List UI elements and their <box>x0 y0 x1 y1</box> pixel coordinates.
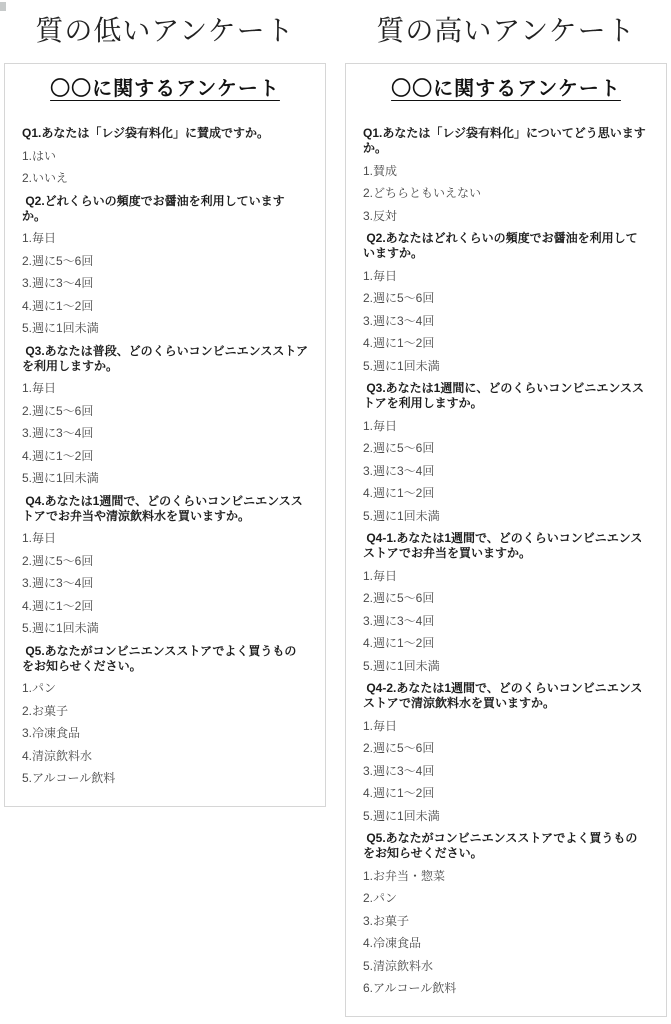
answer-option: 4.冷凍食品 <box>363 936 649 951</box>
survey-title: 〇〇に関するアンケート <box>22 76 308 102</box>
question-list: Q1.あなたは「レジ袋有料化」に賛成ですか。1.はい2.いいえ Q2.どれくらい… <box>22 126 308 786</box>
answer-option: 2.パン <box>363 891 649 906</box>
question-label: Q3.あなたは普段、どのくらいコンビニエンスストアを利用しますか。 <box>22 344 308 374</box>
answer-option: 3.週に3〜4回 <box>22 276 308 291</box>
answer-option: 5.週に1回未満 <box>363 659 649 674</box>
answer-option: 1.毎日 <box>363 269 649 284</box>
answer-option: 3.週に3〜4回 <box>363 614 649 629</box>
survey-comparison: 質の低いアンケート 〇〇に関するアンケート Q1.あなたは「レジ袋有料化」に賛成… <box>0 0 671 1017</box>
question-label: Q3.あなたは1週間に、どのくらいコンビニエンスストアを利用しますか。 <box>363 381 649 411</box>
answer-option: 4.週に1〜2回 <box>22 449 308 464</box>
answer-option: 5.週に1回未満 <box>22 621 308 636</box>
survey-panel-low-quality: 〇〇に関するアンケート Q1.あなたは「レジ袋有料化」に賛成ですか。1.はい2.… <box>4 63 326 807</box>
question-label: Q4.あなたは1週間で、どのくらいコンビニエンスストアでお弁当や清涼飲料水を買い… <box>22 494 308 524</box>
answer-option: 1.パン <box>22 681 308 696</box>
question-label: Q4-1.あなたは1週間で、どのくらいコンビニエンスストアでお弁当を買いますか。 <box>363 531 649 561</box>
answer-option: 3.冷凍食品 <box>22 726 308 741</box>
question-label: Q1.あなたは「レジ袋有料化」に賛成ですか。 <box>22 126 308 141</box>
answer-option: 2.週に5〜6回 <box>22 404 308 419</box>
answer-option: 1.お弁当・惣菜 <box>363 869 649 884</box>
question-list: Q1.あなたは「レジ袋有料化」についてどう思いますか。1.賛成2.どちらともいえ… <box>363 126 649 996</box>
answer-option: 3.週に3〜4回 <box>22 426 308 441</box>
answer-option: 5.アルコール飲料 <box>22 771 308 786</box>
question-label: Q5.あなたがコンビニエンスストアでよく買うものをお知らせください。 <box>363 831 649 861</box>
answer-option: 2.お菓子 <box>22 704 308 719</box>
answer-option: 5.週に1回未満 <box>363 359 649 374</box>
answer-option: 2.週に5〜6回 <box>363 591 649 606</box>
answer-option: 2.週に5〜6回 <box>363 441 649 456</box>
column-header-low-quality: 質の低いアンケート <box>4 15 326 47</box>
answer-option: 3.週に3〜4回 <box>363 764 649 779</box>
answer-option: 1.毎日 <box>363 419 649 434</box>
answer-option: 6.アルコール飲料 <box>363 981 649 996</box>
page: 質の低いアンケート 〇〇に関するアンケート Q1.あなたは「レジ袋有料化」に賛成… <box>0 0 671 1024</box>
answer-option: 3.週に3〜4回 <box>363 464 649 479</box>
answer-option: 4.週に1〜2回 <box>22 599 308 614</box>
answer-option: 3.週に3〜4回 <box>22 576 308 591</box>
answer-option: 3.週に3〜4回 <box>363 314 649 329</box>
answer-option: 4.週に1〜2回 <box>363 786 649 801</box>
survey-column-low-quality: 質の低いアンケート 〇〇に関するアンケート Q1.あなたは「レジ袋有料化」に賛成… <box>4 15 326 807</box>
answer-option: 2.週に5〜6回 <box>22 554 308 569</box>
answer-option: 4.清涼飲料水 <box>22 749 308 764</box>
answer-option: 1.はい <box>22 149 308 164</box>
corner-artifact <box>0 2 6 11</box>
answer-option: 2.いいえ <box>22 171 308 186</box>
survey-column-high-quality: 質の高いアンケート 〇〇に関するアンケート Q1.あなたは「レジ袋有料化」につい… <box>345 15 667 1017</box>
answer-option: 4.週に1〜2回 <box>22 299 308 314</box>
answer-option: 1.毎日 <box>22 231 308 246</box>
question-label: Q4-2.あなたは1週間で、どのくらいコンビニエンスストアで清涼飲料水を買います… <box>363 681 649 711</box>
answer-option: 5.週に1回未満 <box>22 321 308 336</box>
survey-title: 〇〇に関するアンケート <box>363 76 649 102</box>
answer-option: 4.週に1〜2回 <box>363 336 649 351</box>
question-label: Q2.どれくらいの頻度でお醤油を利用していますか。 <box>22 194 308 224</box>
answer-option: 3.お菓子 <box>363 914 649 929</box>
answer-option: 1.毎日 <box>363 569 649 584</box>
question-label: Q2.あなたはどれくらいの頻度でお醤油を利用していますか。 <box>363 231 649 261</box>
answer-option: 5.週に1回未満 <box>22 471 308 486</box>
answer-option: 4.週に1〜2回 <box>363 636 649 651</box>
answer-option: 5.週に1回未満 <box>363 809 649 824</box>
answer-option: 3.反対 <box>363 209 649 224</box>
answer-option: 5.週に1回未満 <box>363 509 649 524</box>
answer-option: 1.賛成 <box>363 164 649 179</box>
question-label: Q5.あなたがコンビニエンスストアでよく買うものをお知らせください。 <box>22 644 308 674</box>
column-header-high-quality: 質の高いアンケート <box>345 15 667 47</box>
answer-option: 4.週に1〜2回 <box>363 486 649 501</box>
answer-option: 2.週に5〜6回 <box>22 254 308 269</box>
answer-option: 1.毎日 <box>22 531 308 546</box>
answer-option: 5.清涼飲料水 <box>363 959 649 974</box>
answer-option: 1.毎日 <box>22 381 308 396</box>
answer-option: 2.週に5〜6回 <box>363 291 649 306</box>
answer-option: 1.毎日 <box>363 719 649 734</box>
question-label: Q1.あなたは「レジ袋有料化」についてどう思いますか。 <box>363 126 649 156</box>
survey-panel-high-quality: 〇〇に関するアンケート Q1.あなたは「レジ袋有料化」についてどう思いますか。1… <box>345 63 667 1017</box>
answer-option: 2.週に5〜6回 <box>363 741 649 756</box>
answer-option: 2.どちらともいえない <box>363 186 649 201</box>
